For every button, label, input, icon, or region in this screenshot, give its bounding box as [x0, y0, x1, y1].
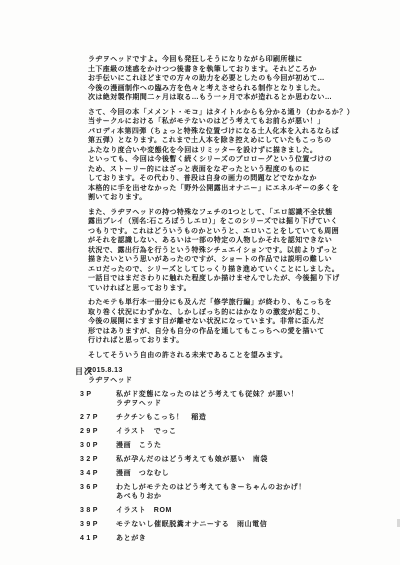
toc-entry-page-number	[80, 399, 116, 408]
toc-entry-page-number: 41P	[80, 534, 116, 543]
afterword-line: つもりです。これはどういうものかというと、エロいことをしていても周囲	[88, 227, 333, 237]
toc-entry-page-number: 29P	[80, 427, 116, 436]
afterword-line: お手伝いにこれほどまでの方々の助力を必要としたのも今回が初めて…	[88, 74, 333, 84]
toc-entry-page-number: 30P	[80, 441, 116, 450]
toc-entry: あべもりおか	[80, 492, 380, 501]
afterword-line: 描きたいという思いがあったのですが、ショートの作品では説明の難しい	[88, 255, 333, 265]
toc-entry-page-number: 34P	[80, 469, 116, 478]
afterword-paragraphs: ラヂヲヘッドですよ。今回も発狂しそうになりながら印刷所様に土下座級の迷惑をかけつ…	[88, 55, 333, 360]
toc-entry-title: イラスト でっこ	[116, 427, 380, 436]
afterword-line: 次は絶対製作期間二ヶ月は取る…もう一ヶ月で本が造れるとか思わない…	[88, 93, 333, 103]
afterword-text-block: ラヂヲヘッドですよ。今回も発狂しそうになりながら印刷所様に土下座級の迷惑をかけつ…	[88, 55, 333, 385]
toc-entry-page-number: 36P	[80, 483, 116, 492]
afterword-line: 状況で、露出行為を行うという特殊シチュエイションです。以前よりずっと	[88, 246, 333, 256]
afterword-line: 行ければと思っております。	[88, 336, 333, 346]
toc-entry-title: あべもりおか	[116, 492, 380, 501]
toc-entry: ラヂヲヘッド	[80, 399, 380, 408]
toc-entry-title: 私が孕んだのはどう考えても娘が悪い 南袋	[116, 455, 380, 464]
toc-entry-title: モテないし催眠脱糞オナニーする 雨山電信	[116, 520, 380, 529]
toc-entry: 32P 私が孕んだのはどう考えても娘が悪い 南袋	[80, 455, 380, 464]
afterword-line: 露出プレイ（別名:石ころぼうしエロ）」をこのシリーズでは掘り下げていく	[88, 217, 333, 227]
afterword-line: パロディ本第四弾（ちょっと特殊な位置づけになる土人化本を入れるならば	[88, 127, 333, 137]
afterword-date: 2015.8.13	[88, 366, 333, 376]
afterword-line: 形ではありますが、自分も自分の作品を通してもこっちへの愛を描いて	[88, 327, 333, 337]
toc-entry-page-number: 27P	[80, 413, 116, 422]
table-of-contents: 3P 私がド変態になったのはどう考えても従妹？が悪い！ ラヂヲヘッド 27P チ…	[80, 385, 380, 543]
toc-entry-title: 漫画 つなむし	[116, 469, 380, 478]
toc-entry: 30P 漫画 こうた	[80, 441, 380, 450]
toc-heading: 目次	[75, 366, 93, 377]
toc-entry: 39P モテないし催眠脱糞オナニーする 雨山電信	[80, 520, 380, 529]
afterword-line: ため、ストーリー的にはざっと表面をなぞったという程度のものに	[88, 165, 333, 175]
afterword-line: ラヂヲヘッドですよ。今回も発狂しそうになりながら印刷所様に	[88, 55, 333, 65]
toc-entry-page-number	[80, 492, 116, 501]
afterword-line: 土下座級の迷惑をかけつつ後書きを執筆しております。それどころか	[88, 65, 333, 75]
afterword-line: がそれを認識しない、あるいは一部の特定の人物しかそれを認知できない	[88, 236, 333, 246]
toc-entry-title: あとがき	[116, 534, 380, 543]
toc-entry-page-number: 32P	[80, 455, 116, 464]
toc-entry-title: イラスト ROM	[116, 506, 380, 515]
afterword-line: 割いております。	[88, 193, 333, 203]
toc-entry: 27P チクチンもこっち！ 稲造	[80, 413, 380, 422]
toc-entry-page-number: 39P	[80, 520, 116, 529]
toc-entry-title: 漫画 こうた	[116, 441, 380, 450]
toc-entry: 41P あとがき	[80, 534, 380, 543]
scanned-afterword-page: ラヂヲヘッドですよ。今回も発狂しそうになりながら印刷所様に土下座級の迷惑をかけつ…	[0, 0, 400, 565]
toc-entry: 34P 漫画 つなむし	[80, 469, 380, 478]
toc-entry-title: ラヂヲヘッド	[116, 399, 380, 408]
afterword-line: そしてそういう自由の許される未来であることを望みます。	[88, 351, 333, 361]
afterword-line: 当サークルにおける「私がモテないのはどう考えてもお前らが悪い！」	[88, 117, 333, 127]
afterword-line: ていければと思っております。	[88, 284, 333, 294]
afterword-line: 第五弾）となります。これまで土人本を除き控えめにしていたもこっちの	[88, 136, 333, 146]
afterword-line: エロだったので、シリーズとしてじっくり描き進めていくことにしました。	[88, 265, 333, 275]
afterword-line: しております。その代わり、普段は自身の画力の問題などでなかなか	[88, 174, 333, 184]
afterword-line: 取り巻く状況にわずかな、しかしぼっち的にはかなりの激変が起こり、	[88, 308, 333, 318]
toc-entry: 29P イラスト でっこ	[80, 427, 380, 436]
toc-entry: 3P 私がド変態になったのはどう考えても従妹？が悪い！	[80, 390, 380, 399]
afterword-line: といっても、今回は今後暫く続くシリーズのプロローグという位置づけの	[88, 155, 333, 165]
afterword-line: また、ラヂヲヘッドの持つ特殊なフェチの1つとして、「エロ認識不全状態	[88, 208, 333, 218]
toc-entry: 36P わたしがモテたのはどう考えてもきーちゃんのおかげ！	[80, 483, 380, 492]
toc-entry-title: チクチンもこっち！ 稲造	[116, 413, 380, 422]
afterword-line: さて、今回の本「メメント・モコ」はタイトルからも分かる通り（わかるか？）	[88, 108, 333, 118]
afterword-line: ふたなり度合いや変態化を今回はリミッターを設けずに描きました。	[88, 146, 333, 156]
toc-entry-page-number: 3P	[80, 390, 116, 399]
toc-entry-page-number: 38P	[80, 506, 116, 515]
afterword-signature: ラヂヲヘッド	[88, 376, 333, 386]
afterword-line: 一話目ではまださわりに触れた程度しか描けませんでしたが、今後掘り下げ	[88, 274, 333, 284]
afterword-line: 本格的に手を出せなかった「野外公開露出オナニー」にエネルギーの多くを	[88, 184, 333, 194]
toc-entry-title: わたしがモテたのはどう考えてもきーちゃんのおかげ！	[116, 483, 380, 492]
afterword-line: わたモテも単行本一冊分にも及んだ「修学旅行編」が終わり、もこっちを	[88, 298, 333, 308]
afterword-line: 今後の展開にますます目が離せない状況になっています。非常に歪んだ	[88, 317, 333, 327]
afterword-line: 今後の漫画制作への臨み方を色々と考えさせられる制作となりました。	[88, 84, 333, 94]
toc-entry-title: 私がド変態になったのはどう考えても従妹？が悪い！	[116, 390, 380, 399]
toc-entry: 38P イラスト ROM	[80, 506, 380, 515]
